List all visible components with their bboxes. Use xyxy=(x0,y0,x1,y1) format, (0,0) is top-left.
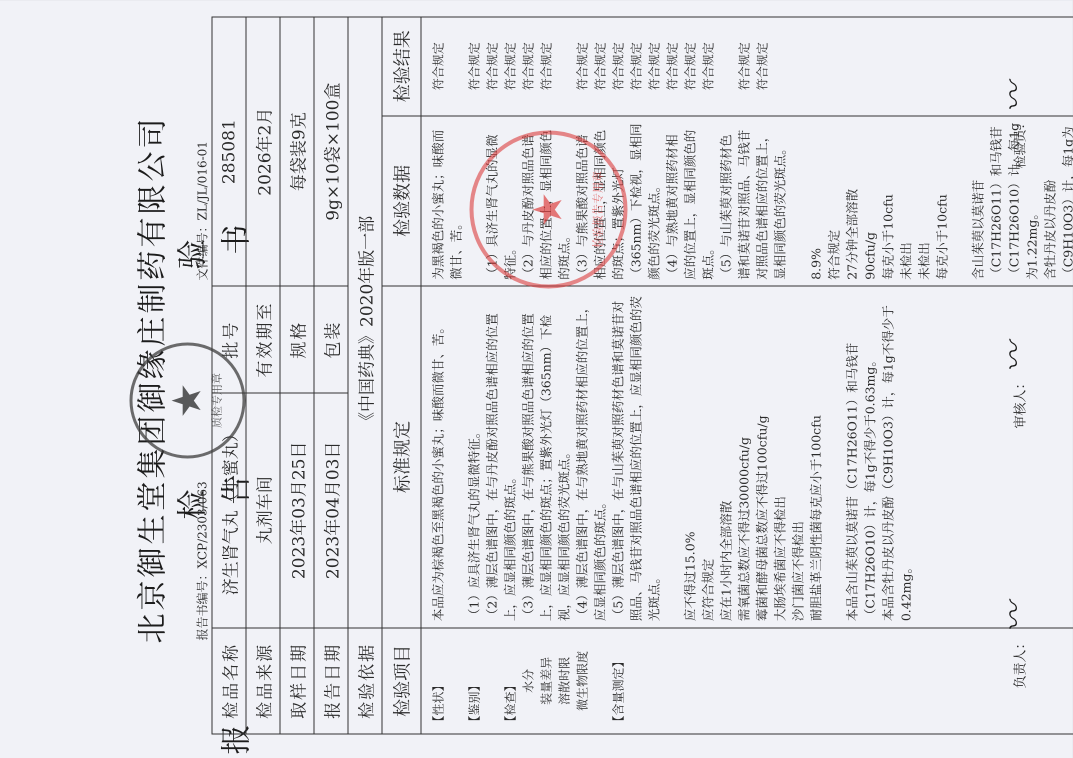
result-value: 符合规定 xyxy=(430,24,448,110)
standard-line: （2）薄层色谱图中，在与丹皮酚对照品色谱相应的位置上，应显相同颜色的斑点。 xyxy=(484,293,520,621)
signature-scrawl: 〰 xyxy=(998,342,1033,372)
result-value: 符合规定 xyxy=(484,24,502,110)
result-value: 符合规定 xyxy=(538,24,556,110)
standard-line: 应不得过15.0% xyxy=(682,293,700,621)
section-gap xyxy=(448,634,466,727)
standard-line: （5）薄层色谱图中，在与山茱萸对照药材色谱和莫诺苷对照品、马钱苷对照品色谱相应的… xyxy=(610,293,664,621)
sub-item: 微生物限度 xyxy=(574,634,592,727)
info-row: 报告日期 2023年04月03日 包装 9g×10袋×100盒 xyxy=(314,17,348,734)
result-value: 符合规定 xyxy=(646,24,664,110)
section-gap xyxy=(826,293,844,621)
result-value: 符合规定 xyxy=(592,24,610,110)
standard-line: 应符合规定 xyxy=(700,293,718,621)
signature-scrawl: 〰 xyxy=(998,82,1033,112)
result-value: 符合规定 xyxy=(502,24,520,110)
data-line: 27分钟全部溶散 xyxy=(844,122,862,280)
result-value: 符合规定 xyxy=(700,24,718,110)
result-value: 符合规定 xyxy=(610,24,628,110)
data-line: 为黑褐色的小蜜丸；味酸而微甘、苦。 xyxy=(430,122,466,280)
standard-column: 本品应为棕褐色至黑褐色的小蜜丸；味酸而微甘、苦。（1）应具济生肾气丸的显微特征。… xyxy=(421,286,1073,627)
report-page: 北京御生堂集团御缘庄制药有限公司 检验报告书 报告书编号：XCP/2303/06… xyxy=(0,1,1073,758)
info-row: 检品来源 丸剂车间 有效期至 2026年2月 xyxy=(246,17,280,734)
header-data: 检验数据 xyxy=(382,116,421,287)
header-items: 检验项目 xyxy=(382,628,421,734)
specification: 每袋装9克 xyxy=(280,17,314,286)
inspector-signature: 检验员：〰 xyxy=(990,82,1034,168)
result-value: 符合规定 xyxy=(736,24,754,110)
standard-line: 本品含牡丹皮以丹皮酚（C9H10O3）计，每1g不得少于0.42mg。 xyxy=(880,293,916,621)
standard-line: 需氧菌总数应不得过30000cfu/g xyxy=(736,293,754,621)
star-icon: ★ xyxy=(168,383,208,419)
result-value: 符合规定 xyxy=(754,24,772,110)
file-number: 文件编号：ZL/JL/016-01 xyxy=(194,141,211,280)
report-number: 报告书编号：XCP/2303/063 xyxy=(194,481,211,640)
standard-line: 霉菌和酵母菌总数应不得过100cfu/g xyxy=(754,293,772,621)
standard-line: 沙门菌应不得检出 xyxy=(790,293,808,621)
standard-line: （1）应具济生肾气丸的显微特征。 xyxy=(466,293,484,621)
info-row: 检验依据 《中国药典》2020年版一部 xyxy=(348,17,382,734)
result-value: 符合规定 xyxy=(574,24,592,110)
section-gap xyxy=(484,634,502,727)
section-gap xyxy=(448,24,466,110)
report-table: 检品名称 济生肾气丸（小蜜丸） 批号 285081 检品来源 丸剂车间 有效期至… xyxy=(212,17,1073,735)
standard-line: 大肠埃希菌应不得检出 xyxy=(772,293,790,621)
section-heading: 【含量测定】 xyxy=(610,634,628,727)
signature-scrawl: 〰 xyxy=(998,602,1033,632)
data-line: （4）与熟地黄对照药材相应的位置上，显相同颜色的斑点。 xyxy=(664,122,718,280)
sub-item: 装量差异 xyxy=(538,634,556,727)
standard-line: （4）薄层色谱图中，在与熟地黄对照药材相应的位置上，应显相同颜色的斑点。 xyxy=(574,293,610,621)
header-result: 检验结果 xyxy=(382,17,421,116)
data-line: 90cfu/g xyxy=(862,122,880,280)
reviewer-signature: 审核人：〰 xyxy=(990,342,1034,428)
qc-stamp: ★ 质检专用章 xyxy=(130,343,246,459)
section-gap xyxy=(556,24,574,110)
sub-item: 水分 xyxy=(520,634,538,727)
section-gap xyxy=(448,293,466,621)
info-row: 取样日期 2023年03月25日 规格 每袋装9克 xyxy=(280,17,314,734)
batch-number: 285081 xyxy=(212,17,246,286)
section-gap xyxy=(790,122,808,280)
sampling-date: 2023年03月25日 xyxy=(280,393,314,628)
result-value: 符合规定 xyxy=(466,24,484,110)
section-heading: 【性状】 xyxy=(430,634,448,727)
result-value: 符合规定 xyxy=(682,24,700,110)
packaging: 9g×10袋×100盒 xyxy=(314,17,348,286)
star-icon: ★ xyxy=(529,192,569,228)
result-column: 符合规定符合规定符合规定符合规定符合规定符合规定符合规定符合规定符合规定符合规定… xyxy=(421,17,1073,116)
standard-line: 应在1小时内全部溶散 xyxy=(718,293,736,621)
standard-line: 本品应为棕褐色至黑褐色的小蜜丸；味酸而微甘、苦。 xyxy=(430,293,448,621)
data-line: 每克小于10cfu xyxy=(880,122,898,280)
data-line: 每克小于10cfu xyxy=(934,122,952,280)
result-value: 符合规定 xyxy=(628,24,646,110)
test-body-row: 【性状】【鉴别】【检查】水分装量差异溶散时限微生物限度【含量测定】 本品应为棕褐… xyxy=(421,17,1073,734)
report-stamp: ★ 检验报告专用章 xyxy=(470,131,628,289)
data-line: 含牡丹皮以丹皮酚（C9H10O3）计，每1g为0.74mg。 xyxy=(1042,122,1073,280)
table-header-row: 检验项目 标准规定 检验数据 检验结果 xyxy=(382,17,421,734)
sub-item: 溶散时限 xyxy=(556,634,574,727)
data-line: （5）与山茱萸对照药材色谱和莫诺苷对照品、马钱苷对照品色谱相应的位置上，显相同颜… xyxy=(718,122,790,280)
data-line: 符合规定 xyxy=(826,122,844,280)
data-line: 8.9% xyxy=(808,122,826,280)
report-date: 2023年04月03日 xyxy=(314,393,348,628)
test-items-column: 【性状】【鉴别】【检查】水分装量差异溶散时限微生物限度【含量测定】 xyxy=(421,628,1073,734)
section-gap xyxy=(718,24,736,110)
standard-line: 本品含山茱萸以莫诺苷（C17H26O11）和马钱苷（C17H26O10）计，每1… xyxy=(844,293,880,621)
data-line: 未检出 xyxy=(916,122,934,280)
inspection-basis: 《中国药典》2020年版一部 xyxy=(348,17,382,628)
responsible-signature: 负责人：〰 xyxy=(990,602,1034,688)
header-standard: 标准规定 xyxy=(382,286,421,627)
standard-line: （3）薄层色谱图中，在与熊果酸对照品色谱相应的位置上，应显相同颜色的斑点；置紫外… xyxy=(520,293,574,621)
result-value: 符合规定 xyxy=(664,24,682,110)
section-heading: 【鉴别】 xyxy=(466,634,484,727)
section-gap xyxy=(952,122,970,280)
section-gap xyxy=(664,293,682,621)
result-value: 符合规定 xyxy=(520,24,538,110)
expiry-date: 2026年2月 xyxy=(246,17,280,286)
standard-line: 耐胆盐革兰阴性菌每克应小于100cfu xyxy=(808,293,826,621)
section-gap xyxy=(592,634,610,727)
product-source: 丸剂车间 xyxy=(246,393,280,628)
section-heading: 【检查】 xyxy=(502,634,520,727)
data-line: 未检出 xyxy=(898,122,916,280)
